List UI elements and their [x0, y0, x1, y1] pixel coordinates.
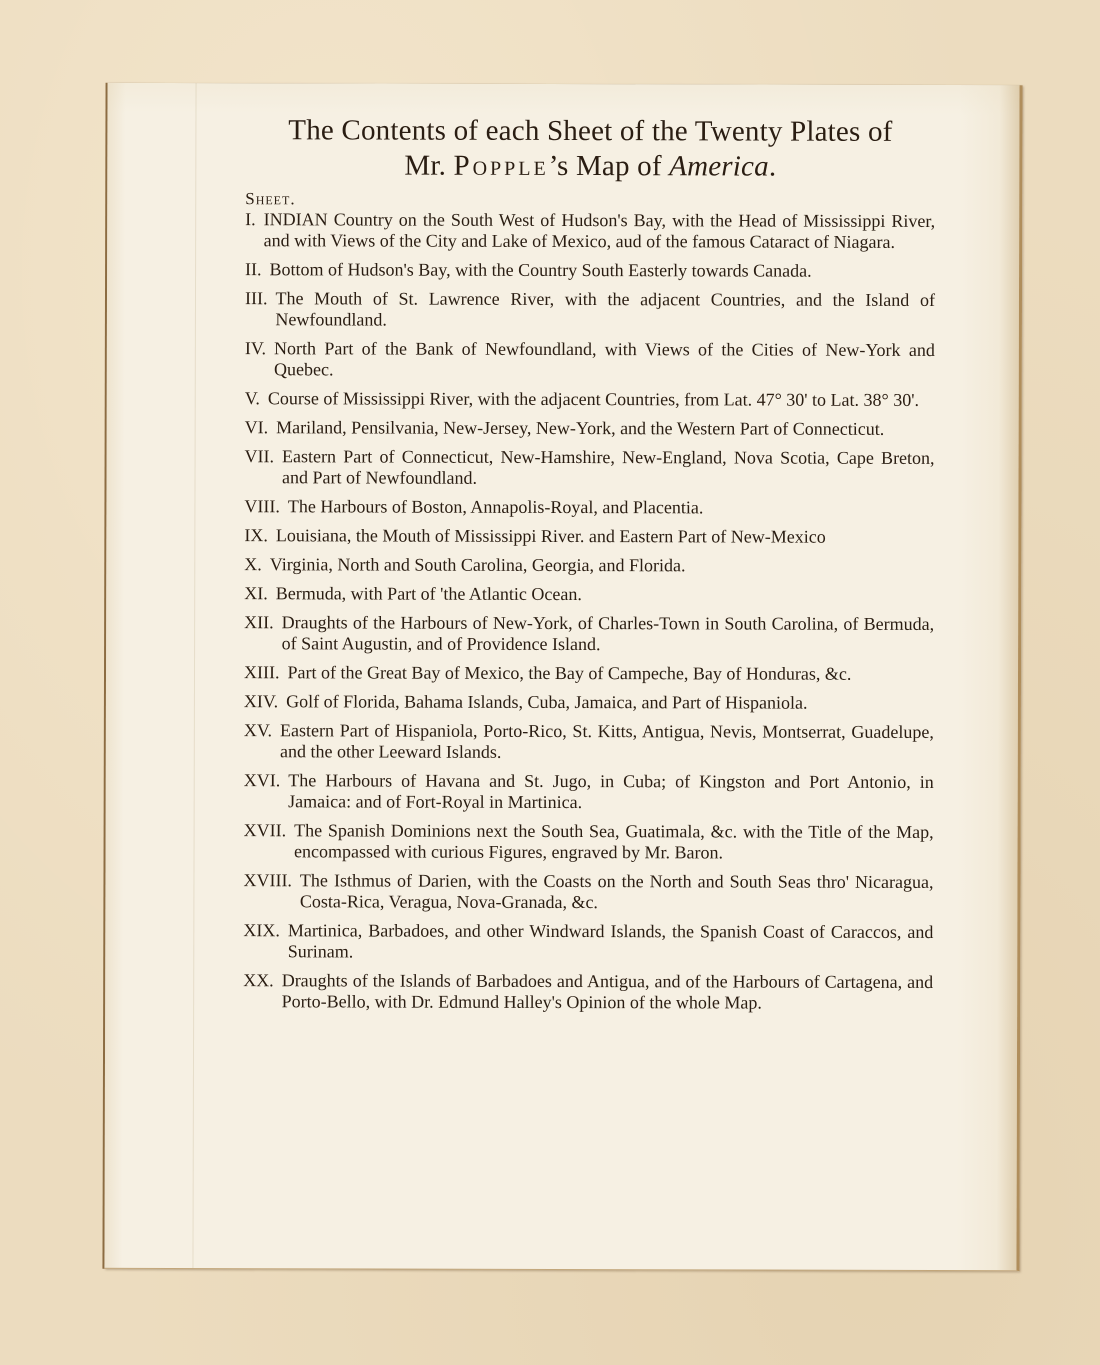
title-italic: America	[669, 150, 769, 182]
entry-text: Bottom of Hudson's Bay, with the Country…	[270, 259, 936, 282]
entry-number: VIII.	[244, 496, 280, 517]
list-item: I.INDIAN Country on the South West of Hu…	[245, 209, 935, 253]
title-suffix: .	[769, 151, 777, 183]
entry-text: Course of Mississippi River, with the ad…	[268, 388, 935, 411]
document-sheet: The Contents of each Sheet of the Twenty…	[104, 83, 1022, 1271]
title-name: Popple	[453, 150, 548, 182]
entry-number: XIII.	[244, 662, 280, 683]
entry-text: Draughts of the Islands of Barbadoes and…	[282, 970, 934, 1014]
list-item: XIX.Martinica, Barbadoes, and other Wind…	[243, 920, 933, 964]
list-item: XV.Eastern Part of Hispaniola, Porto-Ric…	[244, 720, 934, 764]
entry-text: The Mouth of St. Lawrence River, with th…	[275, 288, 935, 332]
entry-text: Golf of Florida, Bahama Islands, Cuba, J…	[286, 691, 934, 714]
list-item: II.Bottom of Hudson's Bay, with the Coun…	[245, 259, 935, 282]
entry-number: V.	[245, 388, 260, 409]
entry-number: XII.	[244, 612, 274, 654]
entry-text: North Part of the Bank of Newfoundland, …	[274, 338, 935, 382]
entry-number: XVII.	[244, 820, 287, 862]
page-title: The Contents of each Sheet of the Twenty…	[245, 113, 935, 185]
list-item: VI.Mariland, Pensilvania, New-Jersey, Ne…	[245, 417, 935, 440]
list-item: XX.Draughts of the Islands of Barbadoes …	[243, 970, 933, 1014]
entry-text: INDIAN Country on the South West of Huds…	[264, 209, 936, 253]
entry-number: XVI.	[244, 770, 281, 812]
entry-text: Eastern Part of Hispaniola, Porto-Rico, …	[280, 720, 934, 764]
entry-number: XI.	[244, 583, 268, 604]
entry-number: XVIII.	[243, 870, 292, 912]
entry-number: VII.	[244, 446, 274, 488]
list-item: X.Virginia, North and South Carolina, Ge…	[244, 554, 934, 577]
title-line-1: The Contents of each Sheet of the Twenty…	[288, 114, 892, 148]
document-content: The Contents of each Sheet of the Twenty…	[243, 113, 935, 1022]
entry-number: XIX.	[243, 920, 280, 962]
entry-text: Virginia, North and South Carolina, Geor…	[270, 554, 935, 577]
entry-number: I.	[245, 209, 256, 251]
entry-number: II.	[245, 259, 262, 280]
list-item: XVI.The Harbours of Havana and St. Jugo,…	[244, 770, 934, 814]
entry-text: The Harbours of Havana and St. Jugo, in …	[288, 770, 934, 814]
entry-number: XV.	[244, 720, 272, 762]
entry-number: XX.	[243, 970, 274, 1012]
list-item: V.Course of Mississippi River, with the …	[245, 388, 935, 411]
list-item: IX.Louisiana, the Mouth of Mississippi R…	[244, 525, 934, 548]
entry-text: Martinica, Barbadoes, and other Windward…	[288, 920, 934, 964]
entry-number: VI.	[245, 417, 269, 438]
entry-text: The Harbours of Boston, Annapolis-Royal,…	[288, 496, 935, 519]
entry-number: III.	[245, 288, 268, 330]
list-item: VIII.The Harbours of Boston, Annapolis-R…	[244, 496, 934, 519]
entry-number: IX.	[244, 525, 268, 546]
entry-text: Mariland, Pensilvania, New-Jersey, New-Y…	[276, 417, 935, 440]
fold-line	[192, 83, 196, 1268]
list-item: XIII.Part of the Great Bay of Mexico, th…	[244, 662, 934, 685]
list-item: XVII.The Spanish Dominions next the Sout…	[244, 820, 934, 864]
entry-text: Bermuda, with Part of 'the Atlantic Ocea…	[276, 583, 935, 606]
list-item: VII.Eastern Part of Connecticut, New-Ham…	[244, 446, 934, 490]
list-item: XIV.Golf of Florida, Bahama Islands, Cub…	[244, 691, 934, 714]
entry-text: The Spanish Dominions next the South Sea…	[294, 820, 934, 864]
title-mid: ’s Map of	[549, 150, 670, 182]
entry-number: X.	[244, 554, 262, 575]
entry-text: Louisiana, the Mouth of Mississippi Rive…	[276, 525, 935, 548]
list-item: III.The Mouth of St. Lawrence River, wit…	[245, 288, 935, 332]
entry-text: The Isthmus of Darien, with the Coasts o…	[300, 870, 934, 914]
list-item: XI.Bermuda, with Part of 'the Atlantic O…	[244, 583, 934, 606]
title-prefix: Mr.	[404, 150, 453, 182]
list-item: XVIII.The Isthmus of Darien, with the Co…	[243, 870, 933, 914]
entry-number: XIV.	[244, 691, 278, 712]
entry-text: Eastern Part of Connecticut, New-Hamshir…	[282, 446, 935, 490]
list-item: IV.North Part of the Bank of Newfoundlan…	[245, 338, 935, 382]
entry-text: Draughts of the Harbours of New-York, of…	[282, 612, 935, 656]
entries-list: I.INDIAN Country on the South West of Hu…	[243, 209, 935, 1014]
entry-number: IV.	[245, 338, 266, 380]
entry-text: Part of the Great Bay of Mexico, the Bay…	[287, 662, 934, 685]
sheet-label: Sheet.	[245, 189, 935, 211]
list-item: XII.Draughts of the Harbours of New-York…	[244, 612, 934, 656]
